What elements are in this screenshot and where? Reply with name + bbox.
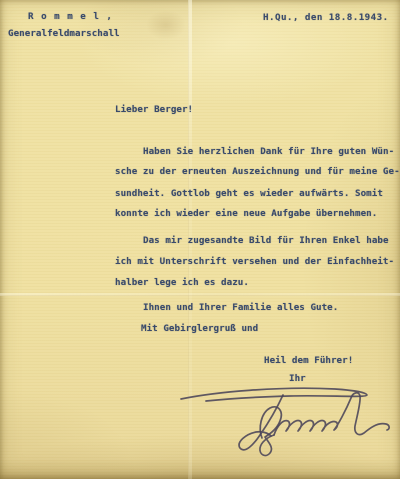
handwritten-signature xyxy=(170,382,400,462)
paper-stain xyxy=(146,10,186,40)
fold-crease-horizontal xyxy=(0,293,400,296)
body-paragraph1-line4: konnte ich wieder eine neue Aufgabe über… xyxy=(115,208,377,219)
body-paragraph3-line1: Ihnen und Ihrer Familie alles Gute. xyxy=(143,302,338,313)
sender-title: Generalfeldmarschall xyxy=(8,28,120,39)
body-paragraph1-line1: Haben Sie herzlichen Dank für Ihre guten… xyxy=(143,146,394,157)
body-paragraph2-line1: Das mir zugesandte Bild für Ihren Enkel … xyxy=(143,235,389,246)
body-paragraph2-line3: halber lege ich es dazu. xyxy=(115,277,249,288)
dateline: H.Qu., den 18.8.1943. xyxy=(263,12,389,23)
body-paragraph2-line2: ich mit Unterschrift versehen und der Ei… xyxy=(115,256,394,267)
salutation: Lieber Berger! xyxy=(115,104,193,115)
letter-page: R o m m e l , Generalfeldmarschall H.Qu.… xyxy=(0,0,400,479)
body-paragraph4-line1: Mit Gebirglergruß und xyxy=(141,323,258,334)
sender-name: R o m m e l , xyxy=(28,11,113,22)
body-paragraph1-line2: sche zu der erneuten Auszeichnung und fü… xyxy=(115,166,400,177)
body-paragraph1-line3: sundheit. Gottlob geht es wieder aufwärt… xyxy=(115,188,383,199)
closing-salute: Heil dem Führer! xyxy=(264,355,353,366)
